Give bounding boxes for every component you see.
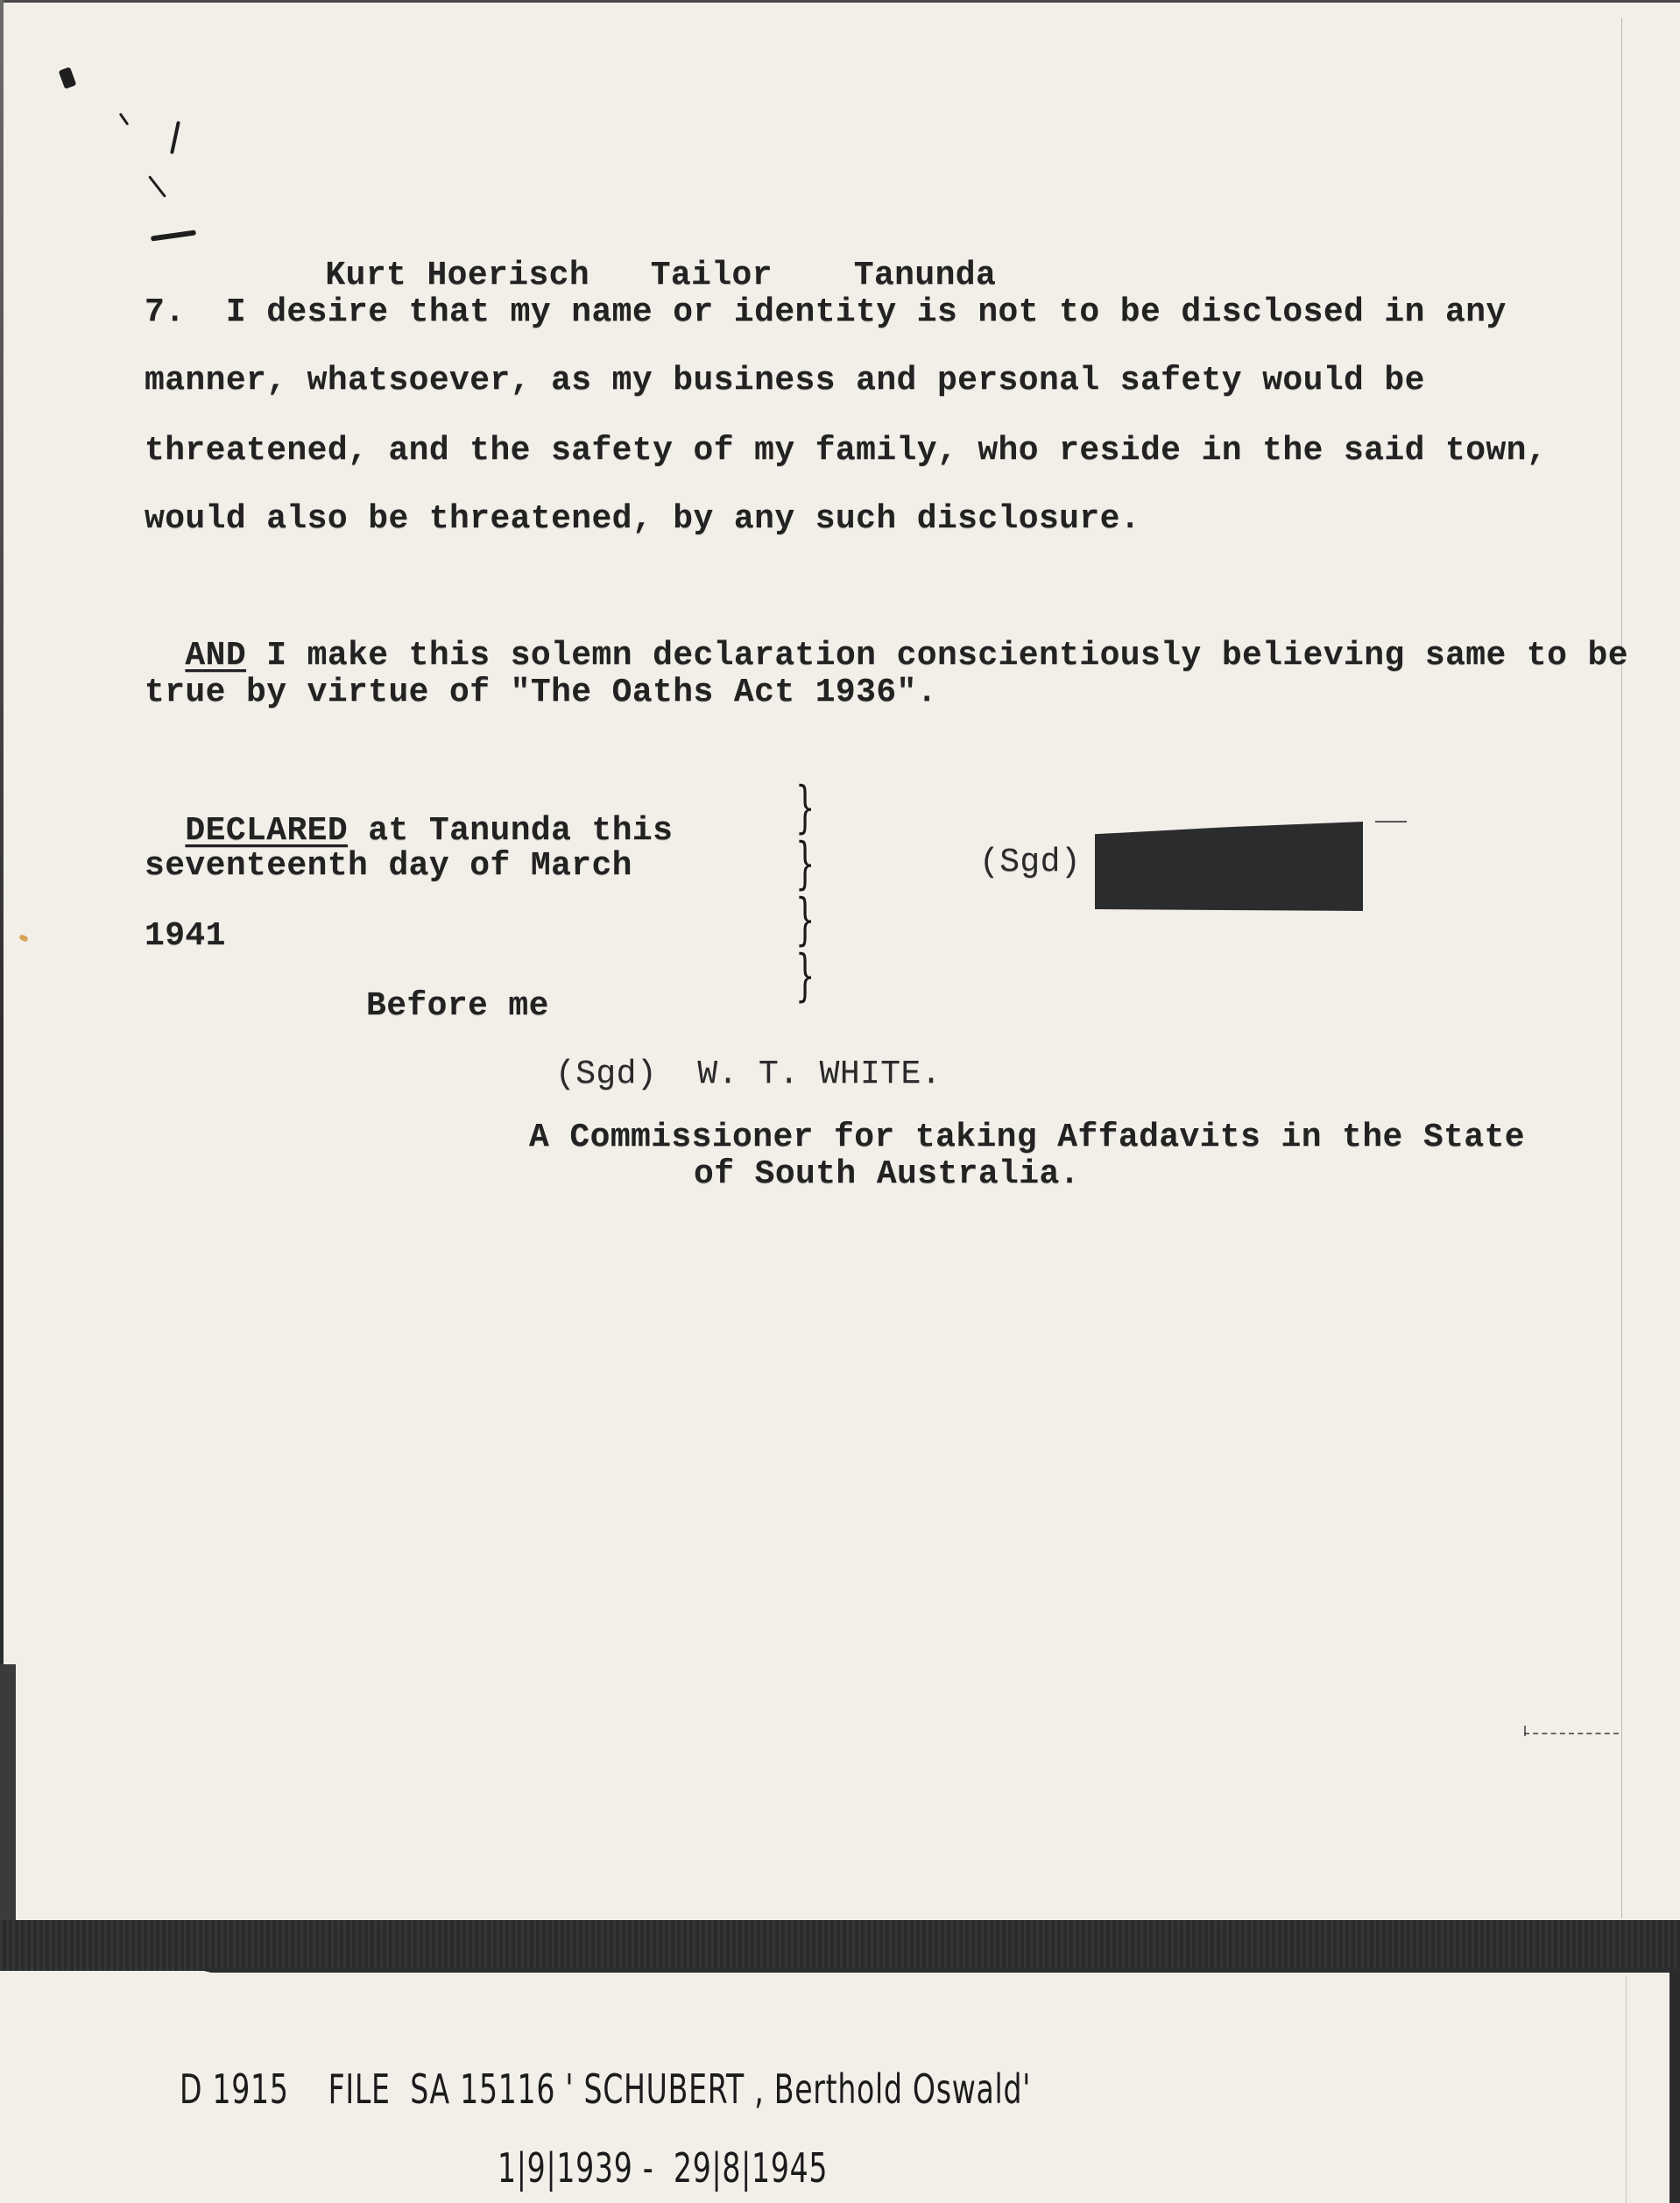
- declaration-line-2: true by virtue of "The Oaths Act 1936".: [145, 676, 937, 710]
- declaration-line-1-text: I make this solemn declaration conscient…: [246, 637, 1628, 674]
- declarant-signed-label: (Sgd): [979, 846, 1081, 879]
- brace-symbol: } } } }: [795, 780, 815, 1004]
- page-left-edge-lower: [0, 1664, 16, 1927]
- declared-line-1-text: at Tanunda this: [348, 812, 673, 850]
- declared-line-2: seventeenth day of March: [145, 850, 632, 883]
- paragraph-7-line-1: 7. I desire that my name or identity is …: [145, 296, 1507, 329]
- label-right-edge: [1669, 1971, 1680, 2203]
- stray-pencil-mark: [1524, 1733, 1619, 1736]
- commissioner-title-line-1: A Commissioner for taking Affadavits in …: [529, 1121, 1525, 1154]
- scan-separator-band: [0, 1920, 1680, 1971]
- stray-pencil-mark-vertical: [1524, 1726, 1526, 1736]
- commissioner-signature: (Sgd) W. T. WHITE.: [555, 1058, 942, 1091]
- paragraph-7-line-2: manner, whatsoever, as my business and p…: [145, 364, 1425, 398]
- before-me: Before me: [366, 990, 549, 1023]
- page-left-edge: [0, 0, 4, 1920]
- signature-redaction: [1095, 822, 1363, 911]
- declared-lead: DECLARED: [185, 812, 348, 850]
- redaction-dash-mark: [1375, 821, 1407, 823]
- page-fold-line: [1621, 18, 1622, 1918]
- declarant-line: Kurt Hoerisch Tailor Tanunda: [285, 226, 996, 293]
- commissioner-title-line-2: of South Australia.: [694, 1158, 1080, 1191]
- page-top-edge: [0, 0, 1680, 3]
- declared-line-1: DECLARED at Tanunda this: [145, 781, 673, 848]
- label-fold-line: [1626, 1975, 1627, 2203]
- declarant-occupation: Tailor: [651, 257, 773, 294]
- declaration-line-1: AND I make this solemn declaration consc…: [145, 606, 1628, 673]
- declared-year: 1941: [145, 920, 226, 953]
- paragraph-7-line-4: would also be threatened, by any such di…: [145, 503, 1140, 536]
- declaration-lead: AND: [185, 637, 246, 674]
- archive-label-line-2: 1|9|1939 - 29|8|1945: [498, 2144, 828, 2192]
- archive-label-line-1: D 1915 FILE SA 15116 ' SCHUBERT , Bertho…: [180, 2065, 1031, 2113]
- declarant-town: Tanunda: [854, 257, 996, 294]
- declarant-name: Kurt Hoerisch: [325, 257, 589, 294]
- paragraph-7-line-3: threatened, and the safety of my family,…: [145, 434, 1547, 468]
